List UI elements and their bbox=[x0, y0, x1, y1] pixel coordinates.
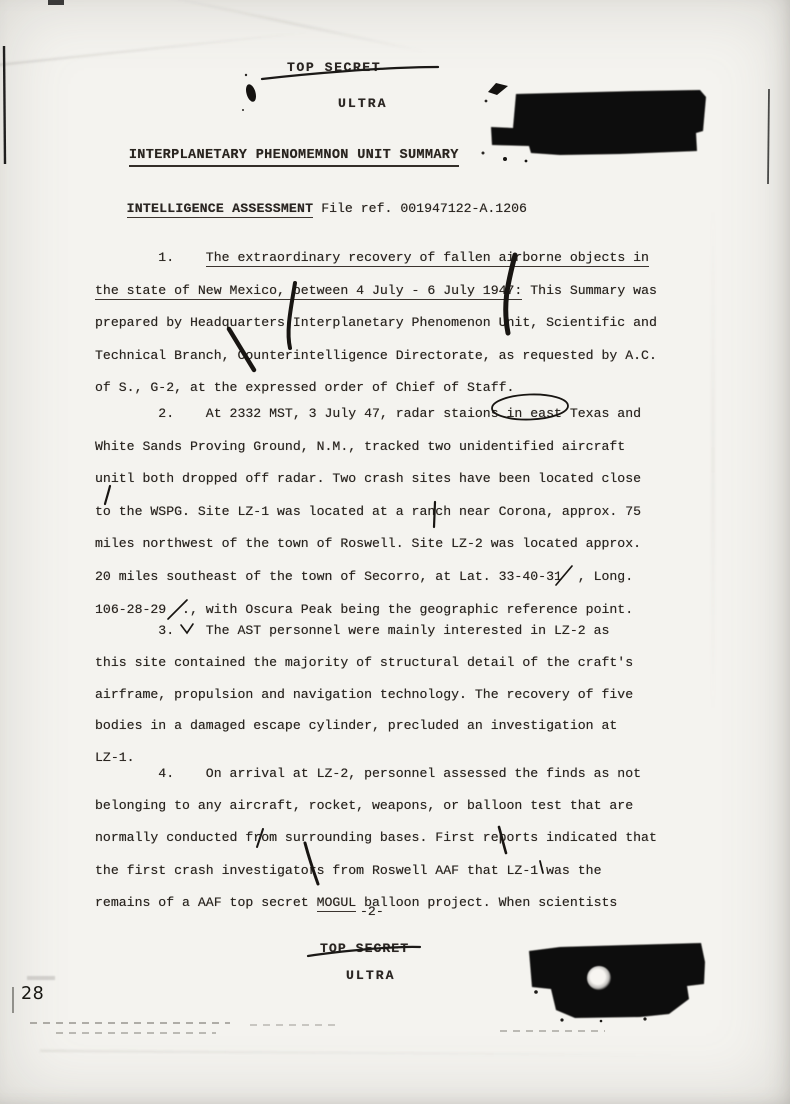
paragraph-1: 1. The extraordinary recovery of fallen … bbox=[95, 242, 657, 405]
text-line: airframe, propulsion and navigation tech… bbox=[95, 679, 633, 711]
text-line: 3. The AST personnel were mainly interes… bbox=[95, 615, 633, 647]
classification-stamp-top: TOP SECRET bbox=[287, 60, 381, 75]
text-line: miles northwest of the town of Roswell. … bbox=[95, 528, 641, 561]
compartment-stamp-footer: ULTRA bbox=[346, 968, 396, 983]
paragraph-2: 2. At 2332 MST, 3 July 47, radar staions… bbox=[95, 398, 641, 626]
footer-page-ref: -2- bbox=[360, 904, 384, 919]
text-line: 1. The extraordinary recovery of fallen … bbox=[95, 242, 657, 275]
paper-crease bbox=[712, 200, 714, 720]
document-page: TOP SECRET ULTRA INTERPLANETARY PHENOMEM… bbox=[0, 0, 790, 1104]
ink-blot bbox=[488, 83, 508, 95]
redaction-speck bbox=[643, 1017, 646, 1020]
scan-edge-line-left bbox=[4, 46, 5, 164]
text-line: unitl both dropped off radar. Two crash … bbox=[95, 463, 641, 496]
paper-crease bbox=[0, 31, 309, 66]
text-line: 20 miles southeast of the town of Secorr… bbox=[95, 561, 641, 594]
assessment-line: INTELLIGENCE ASSESSMENT File ref. 001947… bbox=[95, 186, 527, 231]
text-line: prepared by Headquarters Interplanetary … bbox=[95, 307, 657, 340]
text-line: Technical Branch, Counterintelligence Di… bbox=[95, 340, 657, 373]
text-line: belonging to any aircraft, rocket, weapo… bbox=[95, 790, 657, 822]
classification-stamp-footer: TOP SECRET bbox=[320, 941, 409, 956]
text-line: the state of New Mexico, between 4 July … bbox=[95, 275, 657, 308]
ink-speck bbox=[242, 109, 244, 111]
redaction-speck bbox=[503, 157, 507, 161]
compartment-stamp-top: ULTRA bbox=[338, 96, 388, 111]
scan-edge-blob-top bbox=[48, 0, 64, 5]
paragraph-3: 3. The AST personnel were mainly interes… bbox=[95, 615, 633, 774]
text-line: to the WSPG. Site LZ-1 was located at a … bbox=[95, 496, 641, 529]
text-line: 2. At 2332 MST, 3 July 47, radar staions… bbox=[95, 398, 641, 431]
redaction-speck bbox=[525, 160, 528, 163]
scan-streak bbox=[500, 1030, 605, 1032]
scan-streak bbox=[56, 1032, 216, 1034]
text-line: bodies in a damaged escape cylinder, pre… bbox=[95, 710, 633, 742]
redaction-speck bbox=[560, 1018, 563, 1021]
ink-speck bbox=[485, 100, 488, 103]
document-title-text: INTERPLANETARY PHENOMEMNON UNIT SUMMARY bbox=[129, 148, 459, 167]
redaction-speck bbox=[600, 1020, 603, 1023]
paper-crease bbox=[40, 1050, 680, 1056]
book-page-number: 28 bbox=[21, 984, 44, 1004]
page-number-tick bbox=[12, 987, 14, 1013]
redaction-white-spot bbox=[587, 966, 611, 990]
text-line: 4. On arrival at LZ-2, personnel assesse… bbox=[95, 758, 657, 790]
ink-speck bbox=[482, 152, 485, 155]
text-line: this site contained the majority of stru… bbox=[95, 647, 633, 679]
scan-edge-line-right bbox=[768, 89, 769, 184]
scan-streak bbox=[30, 1022, 230, 1024]
file-ref: File ref. 001947122-A.1206 bbox=[313, 201, 527, 216]
faint-ghost-print bbox=[27, 976, 55, 980]
text-line: the first crash investigators from Roswe… bbox=[95, 855, 657, 887]
ink-blot bbox=[244, 83, 258, 103]
paragraph-4: 4. On arrival at LZ-2, personnel assesse… bbox=[95, 758, 657, 919]
redaction-bar-bottom bbox=[529, 943, 705, 1018]
text-line: normally conducted from surrounding base… bbox=[95, 822, 657, 854]
redaction-speck bbox=[534, 990, 538, 994]
redaction-bar-top bbox=[491, 90, 706, 155]
document-title: INTERPLANETARY PHENOMEMNON UNIT SUMMARY bbox=[95, 133, 459, 178]
assessment-label: INTELLIGENCE ASSESSMENT bbox=[127, 201, 314, 218]
text-line: White Sands Proving Ground, N.M., tracke… bbox=[95, 431, 641, 464]
scan-streak bbox=[250, 1024, 340, 1026]
paper-crease bbox=[153, 0, 427, 53]
ink-speck bbox=[245, 74, 247, 76]
